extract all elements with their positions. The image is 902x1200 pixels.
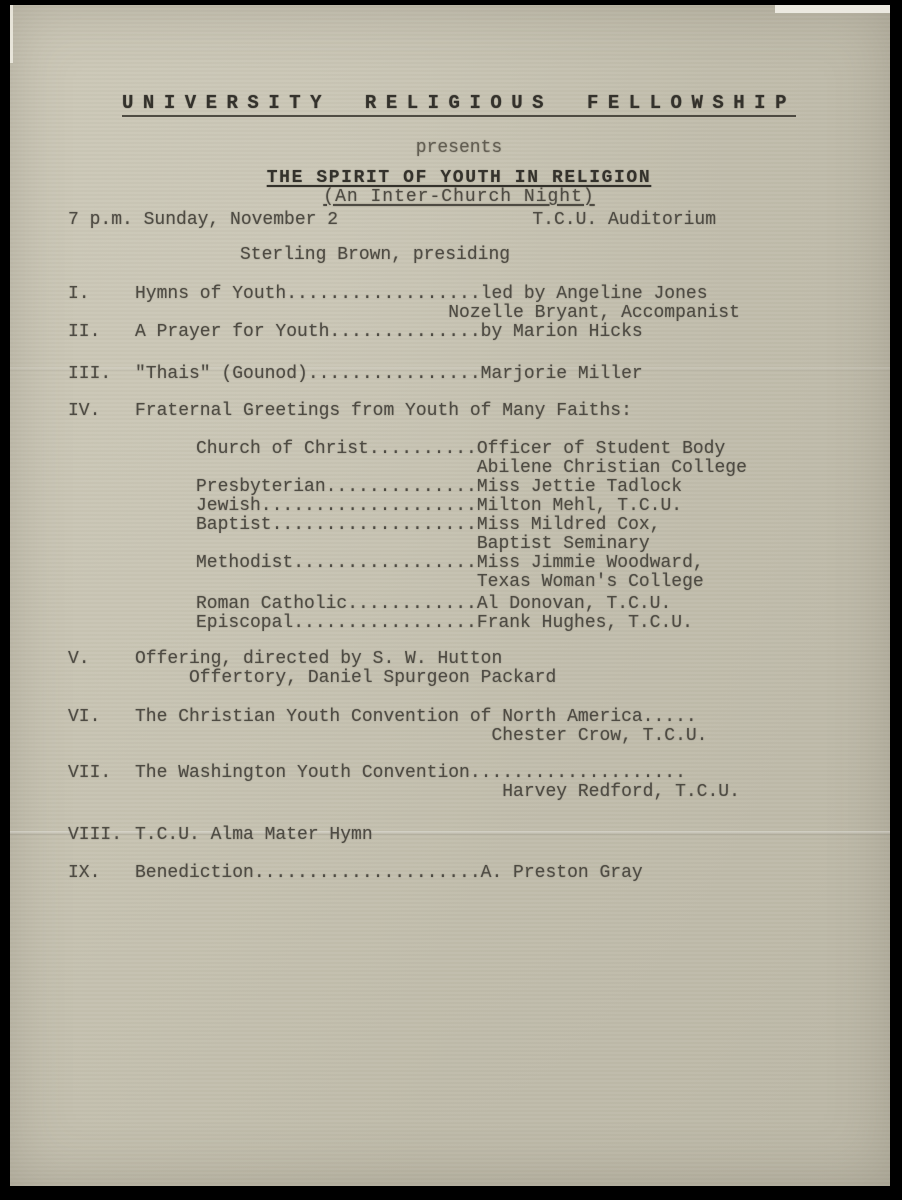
- item-body: Offering, directed by S. W. Hutton Offer…: [135, 650, 850, 688]
- item-numeral: VIII.: [68, 826, 135, 845]
- item-continuation: Chester Crow, T.C.U.: [491, 727, 850, 746]
- item-continuation: Nozelle Bryant, Accompanist: [448, 304, 850, 323]
- sub-item-text: Jewish....................Milton Mehl, T…: [196, 497, 850, 516]
- sub-item: Roman Catholic............Al Donovan, T.…: [196, 595, 850, 614]
- sub-item: Jewish....................Milton Mehl, T…: [196, 497, 850, 516]
- sub-item-text: Roman Catholic............Al Donovan, T.…: [196, 595, 850, 614]
- item-numeral: II.: [68, 323, 135, 342]
- sub-item: Episcopal.................Frank Hughes, …: [196, 614, 850, 633]
- sub-item: Church of Christ..........Officer of Stu…: [196, 440, 850, 478]
- sub-item-text: Church of Christ..........Officer of Stu…: [196, 440, 850, 459]
- program-item: III. "Thais" (Gounod)................Mar…: [68, 365, 850, 384]
- item-numeral: IX.: [68, 864, 135, 883]
- sub-item-continuation: Texas Woman's College: [477, 573, 850, 592]
- program-item: V. Offering, directed by S. W. Hutton Of…: [68, 650, 850, 688]
- program-item: VI. The Christian Youth Convention of No…: [68, 708, 850, 746]
- faith-greetings-list: Church of Christ..........Officer of Stu…: [196, 440, 850, 633]
- item-text: Hymns of Youth..................led by A…: [135, 285, 850, 304]
- sub-item-continuation: Abilene Christian College: [477, 459, 850, 478]
- program-item: I. Hymns of Youth..................led b…: [68, 285, 850, 323]
- item-text: Benediction.....................A. Prest…: [135, 864, 850, 883]
- item-continuation: Offertory, Daniel Spurgeon Packard: [189, 669, 850, 688]
- item-numeral: IV.: [68, 402, 135, 633]
- item-body: The Washington Youth Convention.........…: [135, 764, 850, 802]
- document-content: UNIVERSITY RELIGIOUS FELLOWSHIP presents…: [10, 94, 890, 883]
- item-text: Fraternal Greetings from Youth of Many F…: [135, 402, 850, 421]
- sub-item-text: Methodist.................Miss Jimmie Wo…: [196, 554, 850, 573]
- scan-edge-highlight-left: [10, 5, 13, 63]
- organization-title-text: UNIVERSITY RELIGIOUS FELLOWSHIP: [122, 94, 796, 117]
- event-venue: T.C.U. Auditorium: [532, 211, 716, 230]
- program-item: VIII. T.C.U. Alma Mater Hymn: [68, 826, 850, 845]
- item-text: "Thais" (Gounod)................Marjorie…: [135, 365, 850, 384]
- sub-item: Presbyterian..............Miss Jettie Ta…: [196, 478, 850, 497]
- program-item: IV. Fraternal Greetings from Youth of Ma…: [68, 402, 850, 633]
- item-text: The Christian Youth Convention of North …: [135, 708, 850, 727]
- presents-label: presents: [68, 139, 850, 158]
- program-item: VII. The Washington Youth Convention....…: [68, 764, 850, 802]
- program-item: IX. Benediction.....................A. P…: [68, 864, 850, 883]
- program-item: II. A Prayer for Youth..............by M…: [68, 323, 850, 342]
- sub-item-continuation: Baptist Seminary: [477, 535, 850, 554]
- presiding-line: Sterling Brown, presiding: [240, 246, 850, 265]
- organization-title: UNIVERSITY RELIGIOUS FELLOWSHIP: [68, 94, 850, 117]
- sub-item-text: Presbyterian..............Miss Jettie Ta…: [196, 478, 850, 497]
- item-body: Fraternal Greetings from Youth of Many F…: [135, 402, 850, 633]
- item-numeral: V.: [68, 650, 135, 688]
- item-numeral: VI.: [68, 708, 135, 746]
- scanned-document-page: UNIVERSITY RELIGIOUS FELLOWSHIP presents…: [10, 5, 890, 1186]
- program-list: I. Hymns of Youth..................led b…: [68, 285, 850, 883]
- item-body: The Christian Youth Convention of North …: [135, 708, 850, 746]
- item-continuation: Harvey Redford, T.C.U.: [502, 783, 850, 802]
- item-body: Hymns of Youth..................led by A…: [135, 285, 850, 323]
- item-text: A Prayer for Youth..............by Mario…: [135, 323, 850, 342]
- item-text: Offering, directed by S. W. Hutton: [135, 650, 850, 669]
- event-title: THE SPIRIT OF YOUTH IN RELIGION: [68, 169, 850, 188]
- dateline: 7 p.m. Sunday, November 2 T.C.U. Auditor…: [68, 211, 716, 230]
- sub-item: Baptist...................Miss Mildred C…: [196, 516, 850, 554]
- sub-item-text: Baptist...................Miss Mildred C…: [196, 516, 850, 535]
- item-numeral: VII.: [68, 764, 135, 802]
- scan-edge-highlight-top: [775, 5, 890, 13]
- item-text: T.C.U. Alma Mater Hymn: [135, 826, 850, 845]
- event-datetime: 7 p.m. Sunday, November 2: [68, 211, 338, 230]
- event-subtitle: (An Inter-Church Night): [68, 188, 850, 207]
- item-numeral: I.: [68, 285, 135, 323]
- item-text: The Washington Youth Convention.........…: [135, 764, 850, 783]
- sub-item: Methodist.................Miss Jimmie Wo…: [196, 554, 850, 592]
- item-numeral: III.: [68, 365, 135, 384]
- sub-item-text: Episcopal.................Frank Hughes, …: [196, 614, 850, 633]
